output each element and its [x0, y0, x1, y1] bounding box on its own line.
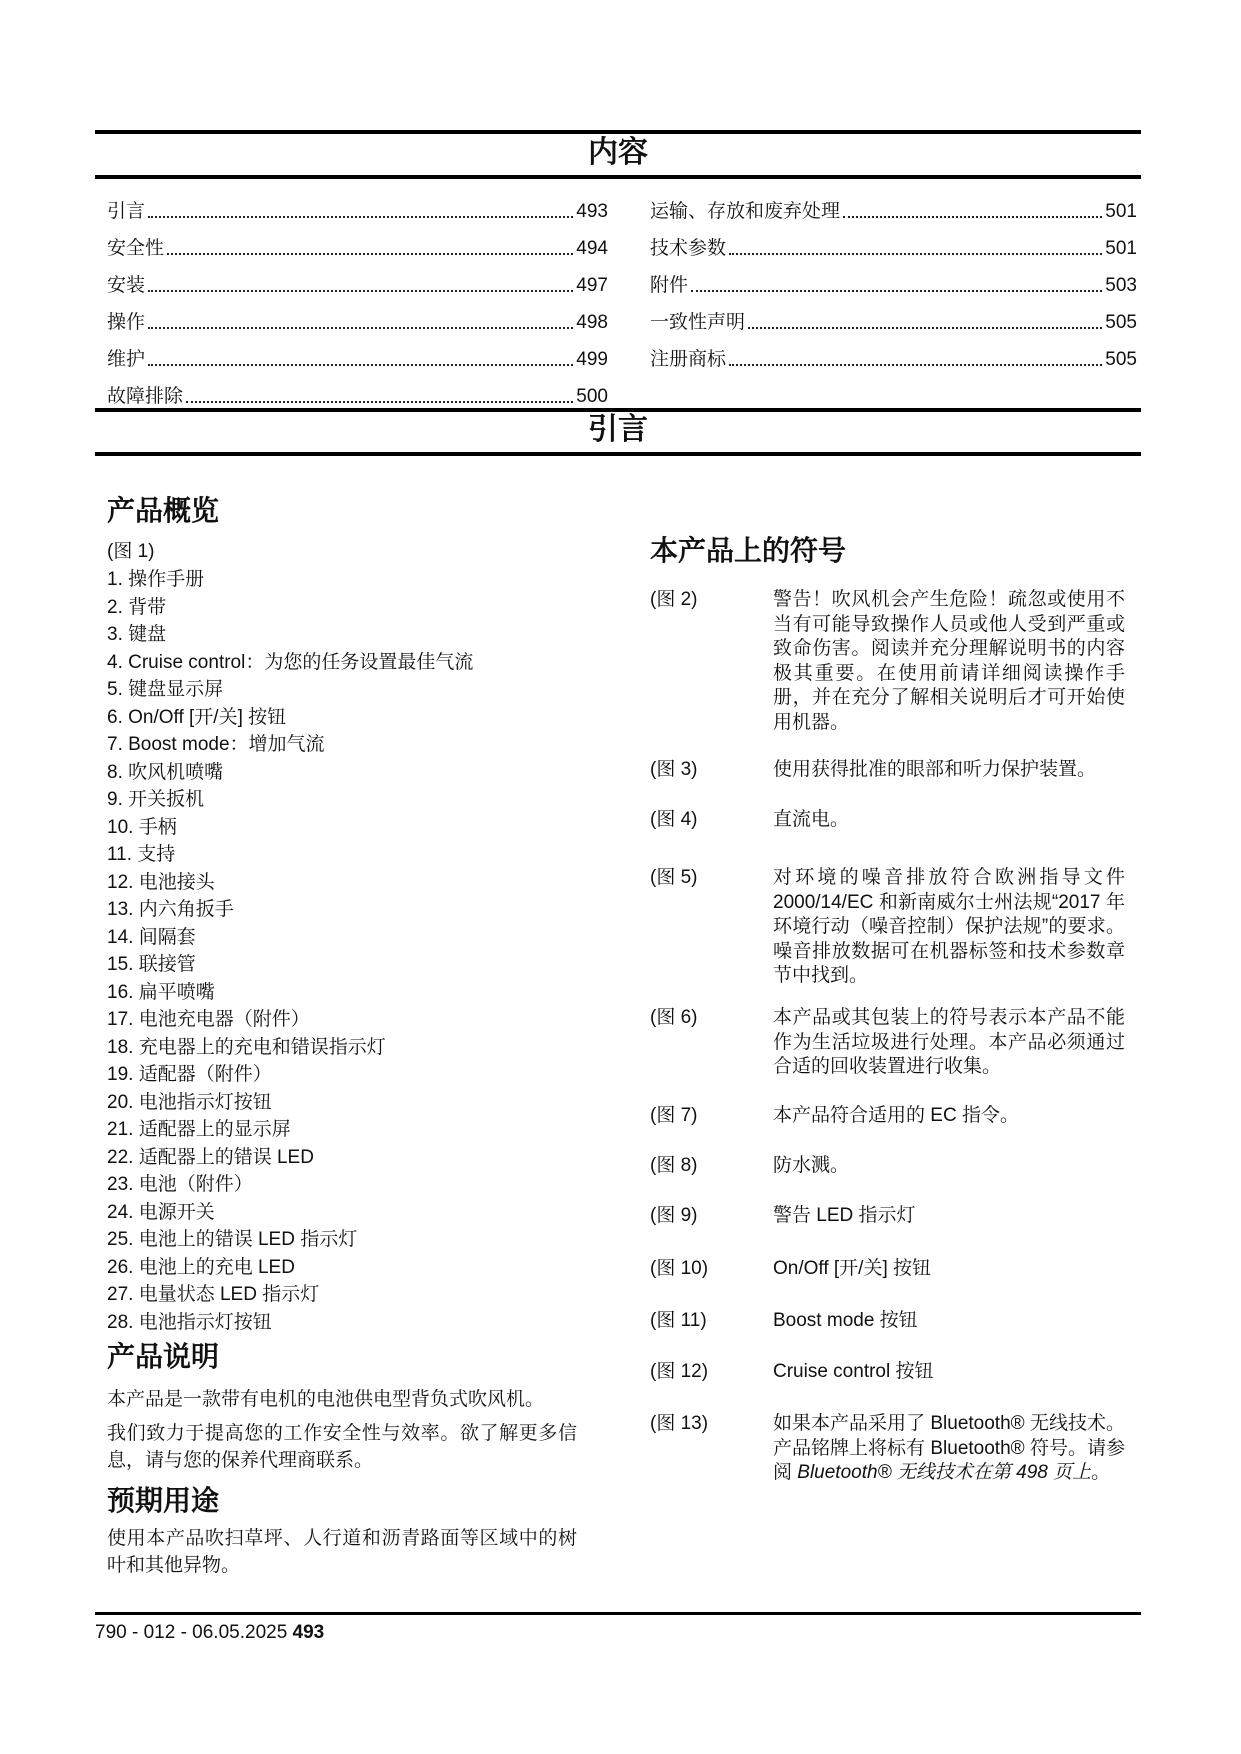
- footer-rule: [95, 1612, 1141, 1615]
- list-item: 23. 电池（附件）: [107, 1171, 597, 1199]
- toc-entry-label: 安装: [107, 276, 145, 296]
- symbol-row-fig3: (图 3) 使用获得批准的眼部和听力保护装置。: [650, 758, 1141, 783]
- section-bottom-rule: [95, 452, 1141, 456]
- toc-dotted-leader: [729, 253, 1102, 255]
- symbol-description: 使用获得批准的眼部和听力保护装置。: [773, 758, 1125, 783]
- figure-ref: (图 7): [650, 1104, 773, 1129]
- toc-dotted-leader: [167, 253, 573, 255]
- toc-entry: 操作 498: [107, 299, 608, 336]
- list-item: 2. 背带: [107, 594, 597, 622]
- list-item: 11. 支持: [107, 841, 597, 869]
- toc-dotted-leader: [691, 290, 1102, 292]
- figure-ref: (图 3): [650, 758, 773, 783]
- toc-entry-label: 安全性: [107, 239, 164, 259]
- symbol-description: 防水溅。: [773, 1154, 1125, 1179]
- toc-entry-label: 注册商标: [650, 350, 726, 370]
- toc-entry-label: 一致性声明: [650, 313, 745, 333]
- toc-dotted-leader: [148, 216, 573, 218]
- toc-entry-page: 498: [576, 313, 608, 333]
- toc-right-column: 运输、存放和废弃处理 501 技术参数 501 附件 503 一致性声明 505…: [650, 188, 1137, 373]
- toc-entry-page: 505: [1105, 350, 1137, 370]
- symbol-row-fig6: (图 6) 本产品或其包装上的符号表示本产品不能作为生活垃圾进行处理。本产品必须…: [650, 1006, 1141, 1080]
- intended-use-heading: 预期用途: [107, 1484, 219, 1518]
- product-description-paragraph-1: 本产品是一款带有电机的电池供电型背负式吹风机。: [107, 1386, 577, 1413]
- list-item: 26. 电池上的充电 LED: [107, 1254, 597, 1282]
- list-item: 25. 电池上的错误 LED 指示灯: [107, 1226, 597, 1254]
- toc-entry-page: 501: [1105, 239, 1137, 259]
- symbol-row-fig13: (图 13) 如果本产品采用了 Bluetooth® 无线技术。产品铭牌上将标有…: [650, 1412, 1141, 1486]
- toc-entry-label: 技术参数: [650, 239, 726, 259]
- toc-entry: 引言 493: [107, 188, 608, 225]
- symbol-description-italic-ref: Bluetooth® 无线技术在第 498 页上: [797, 1462, 1091, 1483]
- symbol-description: On/Off [开/关] 按钮: [773, 1257, 1125, 1282]
- symbol-row-fig2: (图 2) 警告！吹风机会产生危险！疏忽或使用不当有可能导致操作人员或他人受到严…: [650, 588, 1141, 735]
- toc-entry-label: 引言: [107, 202, 145, 222]
- toc-dotted-leader: [148, 290, 573, 292]
- list-item: 1. 操作手册: [107, 566, 597, 594]
- list-item: 19. 适配器（附件）: [107, 1061, 597, 1089]
- toc-entry-page: 493: [576, 202, 608, 222]
- symbol-description: 警告！吹风机会产生危险！疏忽或使用不当有可能导致操作人员或他人受到严重或致命伤害…: [773, 588, 1125, 735]
- toc-entry: 安全性 494: [107, 225, 608, 262]
- list-item: 22. 适配器上的错误 LED: [107, 1144, 597, 1172]
- toc-entry: 注册商标 505: [650, 336, 1137, 373]
- product-description-heading: 产品说明: [107, 1340, 219, 1374]
- list-item: 17. 电池充电器（附件）: [107, 1006, 597, 1034]
- manual-page: 内容 引言 493 安全性 494 安装 497 操作 498 维护 499: [0, 0, 1241, 1754]
- section-title: 引言: [95, 413, 1141, 447]
- symbol-description: 直流电。: [773, 808, 1125, 833]
- symbol-row-fig8: (图 8) 防水溅。: [650, 1154, 1141, 1179]
- list-item: 20. 电池指示灯按钮: [107, 1089, 597, 1117]
- toc-dotted-leader: [729, 364, 1102, 366]
- list-item: 9. 开关扳机: [107, 786, 597, 814]
- symbols-heading: 本产品上的符号: [650, 534, 846, 568]
- toc-entry-label: 故障排除: [107, 387, 183, 407]
- symbol-description: Cruise control 按钮: [773, 1360, 1125, 1385]
- toc-entry-label: 运输、存放和废弃处理: [650, 202, 840, 222]
- list-item: 28. 电池指示灯按钮: [107, 1309, 597, 1337]
- toc-bottom-rule: [95, 175, 1141, 179]
- symbol-row-fig12: (图 12) Cruise control 按钮: [650, 1360, 1141, 1385]
- list-item: 4. Cruise control：为您的任务设置最佳气流: [107, 649, 597, 677]
- figure-ref: (图 5): [650, 866, 773, 891]
- toc-entry: 维护 499: [107, 336, 608, 373]
- toc-entry: 安装 497: [107, 262, 608, 299]
- toc-left-column: 引言 493 安全性 494 安装 497 操作 498 维护 499 故障排除…: [107, 188, 608, 410]
- symbol-row-fig7: (图 7) 本产品符合适用的 EC 指令。: [650, 1104, 1141, 1129]
- list-item: 6. On/Off [开/关] 按钮: [107, 704, 597, 732]
- symbol-row-fig5: (图 5) 对环境的噪音排放符合欧洲指导文件 2000/14/EC 和新南威尔士…: [650, 866, 1141, 989]
- product-description-paragraph-2: 我们致力于提高您的工作安全性与效率。欲了解更多信息，请与您的保养代理商联系。: [107, 1420, 577, 1474]
- list-item: 21. 适配器上的显示屏: [107, 1116, 597, 1144]
- section-top-rule: [95, 408, 1141, 412]
- toc-entry-page: 501: [1105, 202, 1137, 222]
- figure-ref: (图 12): [650, 1360, 773, 1385]
- toc-dotted-leader: [148, 364, 573, 366]
- toc-entry-label: 维护: [107, 350, 145, 370]
- list-item: 13. 内六角扳手: [107, 896, 597, 924]
- symbol-row-fig11: (图 11) Boost mode 按钮: [650, 1309, 1141, 1334]
- figure-ref: (图 4): [650, 808, 773, 833]
- product-overview-list: 1. 操作手册 2. 背带 3. 键盘 4. Cruise control：为您…: [107, 566, 597, 1336]
- figure-ref: (图 11): [650, 1309, 773, 1334]
- intended-use-paragraph: 使用本产品吹扫草坪、人行道和沥青路面等区域中的树叶和其他异物。: [107, 1525, 577, 1579]
- toc-dotted-leader: [843, 216, 1102, 218]
- list-item: 12. 电池接头: [107, 869, 597, 897]
- toc-entry: 运输、存放和废弃处理 501: [650, 188, 1137, 225]
- figure-ref: (图 10): [650, 1257, 773, 1282]
- toc-entry-page: 505: [1105, 313, 1137, 333]
- symbol-description: 本产品或其包装上的符号表示本产品不能作为生活垃圾进行处理。本产品必须通过合适的回…: [773, 1006, 1125, 1080]
- symbol-description: 对环境的噪音排放符合欧洲指导文件 2000/14/EC 和新南威尔士州法规“20…: [773, 866, 1125, 989]
- toc-entry-page: 503: [1105, 276, 1137, 296]
- toc-dotted-leader: [148, 327, 573, 329]
- list-item: 24. 电源开关: [107, 1199, 597, 1227]
- figure-ref: (图 8): [650, 1154, 773, 1179]
- symbol-description: 本产品符合适用的 EC 指令。: [773, 1104, 1125, 1129]
- toc-entry-page: 497: [576, 276, 608, 296]
- symbol-row-fig4: (图 4) 直流电。: [650, 808, 1141, 833]
- footer-page-number: 493: [293, 1622, 325, 1643]
- figure-ref: (图 6): [650, 1006, 773, 1031]
- list-item: 5. 键盘显示屏: [107, 676, 597, 704]
- list-item: 10. 手柄: [107, 814, 597, 842]
- list-item: 14. 间隔套: [107, 924, 597, 952]
- toc-entry: 一致性声明 505: [650, 299, 1137, 336]
- toc-dotted-leader: [186, 401, 573, 403]
- list-item: 8. 吹风机喷嘴: [107, 759, 597, 787]
- toc-entry: 技术参数 501: [650, 225, 1137, 262]
- toc-entry-page: 494: [576, 239, 608, 259]
- product-overview-heading: 产品概览: [107, 494, 219, 528]
- toc-entry: 附件 503: [650, 262, 1137, 299]
- symbol-row-fig9: (图 9) 警告 LED 指示灯: [650, 1204, 1141, 1229]
- footer: 790 - 012 - 06.05.2025 493: [95, 1622, 324, 1644]
- toc-dotted-leader: [748, 327, 1102, 329]
- list-item: 15. 联接管: [107, 951, 597, 979]
- footer-document-code: 790 - 012 - 06.05.2025: [95, 1622, 287, 1643]
- toc-entry-page: 499: [576, 350, 608, 370]
- list-item: 18. 充电器上的充电和错误指示灯: [107, 1034, 597, 1062]
- figure-ref: (图 13): [650, 1412, 773, 1437]
- list-item: 16. 扁平喷嘴: [107, 979, 597, 1007]
- toc-entry-label: 操作: [107, 313, 145, 333]
- figure-ref: (图 9): [650, 1204, 773, 1229]
- list-item: 7. Boost mode：增加气流: [107, 731, 597, 759]
- symbol-description: 警告 LED 指示灯: [773, 1204, 1125, 1229]
- toc-entry: 故障排除 500: [107, 373, 608, 410]
- figure-ref: (图 2): [650, 588, 773, 613]
- list-item: 3. 键盘: [107, 621, 597, 649]
- toc-entry-label: 附件: [650, 276, 688, 296]
- toc-title: 内容: [95, 136, 1141, 170]
- symbol-description-after: 。: [1091, 1462, 1110, 1483]
- symbol-description: Boost mode 按钮: [773, 1309, 1125, 1334]
- list-item: 27. 电量状态 LED 指示灯: [107, 1281, 597, 1309]
- figure-1-ref: (图 1): [107, 540, 155, 564]
- toc-top-rule: [95, 130, 1141, 134]
- toc-entry-page: 500: [576, 387, 608, 407]
- symbol-row-fig10: (图 10) On/Off [开/关] 按钮: [650, 1257, 1141, 1282]
- symbol-description: 如果本产品采用了 Bluetooth® 无线技术。产品铭牌上将标有 Blueto…: [773, 1412, 1125, 1486]
